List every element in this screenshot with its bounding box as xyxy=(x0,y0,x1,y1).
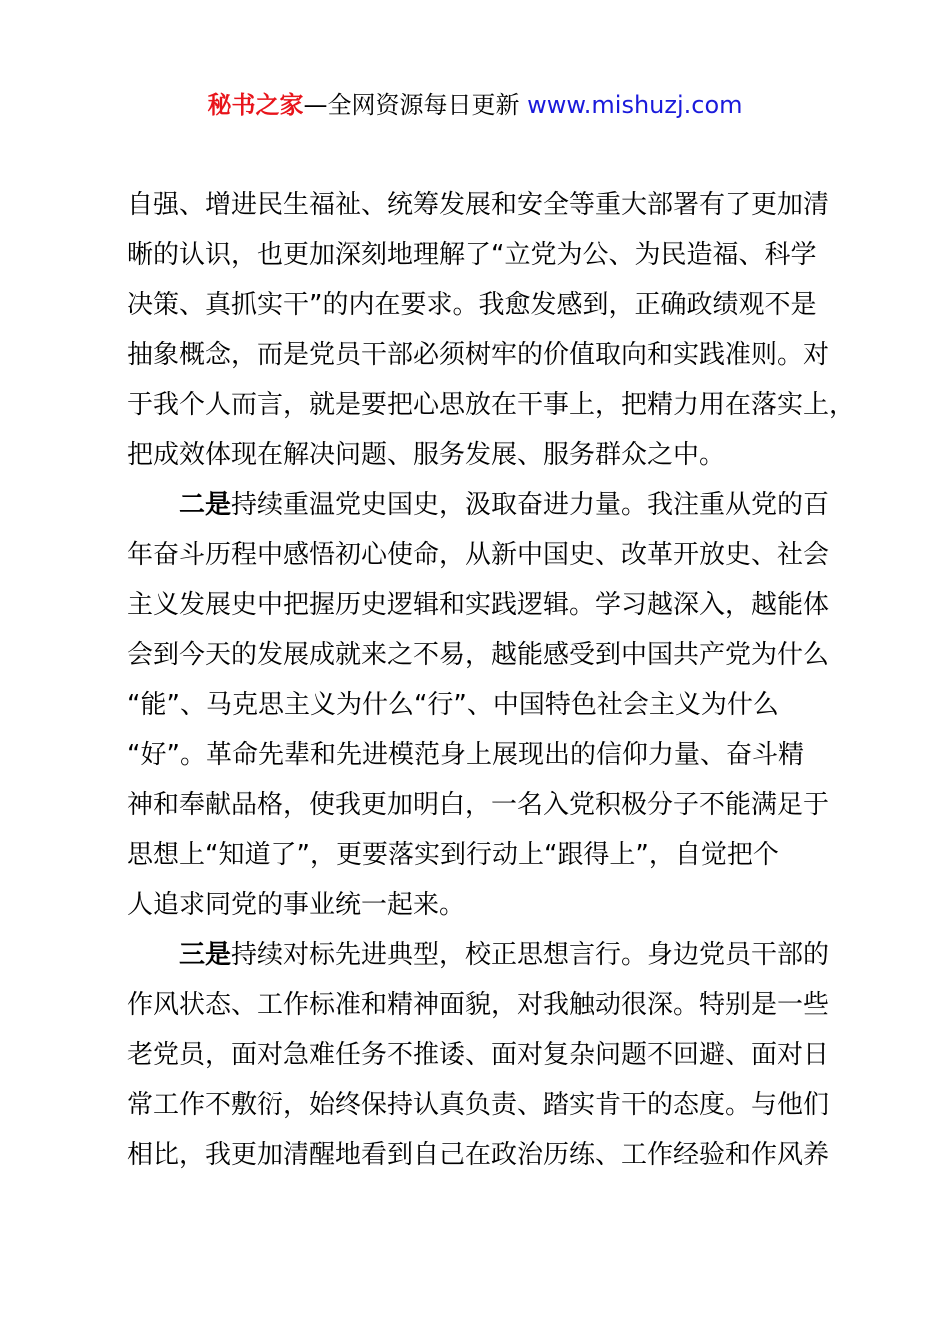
paragraph-2: 二是持续重温党史国史，汲取奋进力量。我注重从党的百 年奋斗历程中感悟初心使命，从… xyxy=(127,480,833,930)
text-line: 自强、增进民生福祉、统筹发展和安全等重大部署有了更加清 xyxy=(127,180,833,230)
text-line: 思想上“知道了”，更要落实到行动上“跟得上”，自觉把个 xyxy=(127,830,833,880)
text-line: 主义发展史中把握历史逻辑和实践逻辑。学习越深入，越能体 xyxy=(127,580,833,630)
text-line: 把成效体现在解决问题、服务发展、服务群众之中。 xyxy=(127,430,833,480)
text-line: 二是持续重温党史国史，汲取奋进力量。我注重从党的百 xyxy=(127,480,833,530)
text-line: 会到今天的发展成就来之不易，越能感受到中国共产党为什么 xyxy=(127,630,833,680)
text-line: 年奋斗历程中感悟初心使命，从新中国史、改革开放史、社会 xyxy=(127,530,833,580)
paragraph-first-line: 持续对标先进典型，校正思想言行。身边党员干部的 xyxy=(231,940,829,970)
paragraph-lead: 二是 xyxy=(179,490,231,520)
text-line: 常工作不敷衍，始终保持认真负责、踏实肯干的态度。与他们 xyxy=(127,1080,833,1130)
text-line: 作风状态、工作标准和精神面貌，对我触动很深。特别是一些 xyxy=(127,980,833,1030)
paragraph-lead: 三是 xyxy=(179,940,231,970)
text-line: 老党员，面对急难任务不推诿、面对复杂问题不回避、面对日 xyxy=(127,1030,833,1080)
text-line: 三是持续对标先进典型，校正思想言行。身边党员干部的 xyxy=(127,930,833,980)
text-line: 人追求同党的事业统一起来。 xyxy=(127,880,833,930)
site-url-link[interactable]: www.mishuzj.com xyxy=(527,91,742,119)
paragraph-1: 自强、增进民生福祉、统筹发展和安全等重大部署有了更加清 晰的认识，也更加深刻地理… xyxy=(127,180,833,480)
text-line: “好”。革命先辈和先进模范身上展现出的信仰力量、奋斗精 xyxy=(127,730,833,780)
header-slogan: —全网资源每日更新 xyxy=(303,91,519,119)
brand-name: 秘书之家 xyxy=(207,91,303,119)
text-line: 相比，我更加清醒地看到自己在政治历练、工作经验和作风养 xyxy=(127,1130,833,1180)
text-line: 于我个人而言，就是要把心思放在干事上，把精力用在落实上， xyxy=(127,380,833,430)
watermark-header: 秘书之家—全网资源每日更新 www.mishuzj.com xyxy=(0,88,950,122)
paragraph-first-line: 持续重温党史国史，汲取奋进力量。我注重从党的百 xyxy=(231,490,829,520)
text-line: 决策、真抓实干”的内在要求。我愈发感到，正确政绩观不是 xyxy=(127,280,833,330)
text-line: 晰的认识，也更加深刻地理解了“立党为公、为民造福、科学 xyxy=(127,230,833,280)
text-line: “能”、马克思主义为什么“行”、中国特色社会主义为什么 xyxy=(127,680,833,730)
paragraph-3: 三是持续对标先进典型，校正思想言行。身边党员干部的 作风状态、工作标准和精神面貌… xyxy=(127,930,833,1180)
text-line: 抽象概念，而是党员干部必须树牢的价值取向和实践准则。对 xyxy=(127,330,833,380)
text-line: 神和奉献品格，使我更加明白，一名入党积极分子不能满足于 xyxy=(127,780,833,830)
document-body: 自强、增进民生福祉、统筹发展和安全等重大部署有了更加清 晰的认识，也更加深刻地理… xyxy=(127,180,833,1180)
